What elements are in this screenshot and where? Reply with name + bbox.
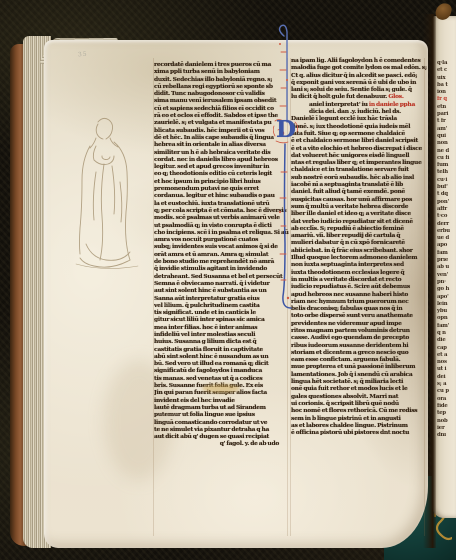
text-line: cordat. nec in danielis libro apud hebre…: [154, 156, 289, 163]
text-line: tēp: [437, 410, 456, 417]
text-line: nē d: [437, 148, 456, 155]
text-line: pari: [437, 111, 456, 118]
text-line: similiter un h ē ab hebraica veritate di…: [154, 149, 289, 156]
text-line: q̄ exponit gani vox serenā ū ē ubi de ub…: [291, 79, 427, 86]
text-line: belis draconisq; fabulas quas nos q̄ in: [291, 305, 427, 312]
text-line: bū. Sed vero ut illud ea romanā q; dicit: [154, 360, 289, 367]
text-line: rā eo et oclos eī effodit. Sabdos et ips…: [154, 112, 289, 119]
text-line: iudicio repudiatus ē. Scire aūt debemus: [291, 283, 427, 290]
text-line: ut i: [437, 366, 456, 373]
text-line: cū p: [437, 388, 456, 395]
text-line: fam: [437, 250, 456, 257]
text-line: mue propterea et unā passionē inliberum: [291, 363, 427, 370]
text-line: qui: [437, 133, 456, 140]
text-line: ven': [437, 272, 456, 279]
text-line: ntas et regulas liber q; et imperantes l…: [291, 159, 427, 166]
text-line: sem in b lingue pistrinū et in angusti: [291, 415, 427, 422]
text-line: storiam et dicentem a greco nescio quo: [291, 349, 427, 356]
text-line: aut dicit abū q' dugen se quasi recipiat: [154, 433, 289, 440]
text-line: non iuxta septuaginta interpretes sed: [291, 261, 427, 268]
manuscript-photo: q·laet cuixba tionfr q̄etnparit fram'qui…: [0, 0, 456, 560]
text-line: tis significat. unde et in canticis le: [154, 309, 289, 316]
text-line: dat verbo iudicio repudiatur sit et dice…: [291, 218, 427, 225]
text-line: iuxta theodotionem ecclesias legere q̄: [291, 269, 427, 276]
text-line: dē et hēc. In aliis cape subaudis q̄ lin…: [154, 134, 289, 141]
text-line: orāt amra et ū amran. Amra q; simulat: [154, 251, 289, 258]
text-line: ybū: [437, 308, 456, 315]
text-line: opn: [437, 315, 456, 322]
text-line: sum q̄ multū a veritate hebrea discorde: [291, 203, 427, 210]
text-line: fr q̄: [437, 96, 456, 103]
text-line: ue d: [437, 235, 456, 242]
text-line: significatū de fagoloydos i manduca: [154, 367, 289, 374]
text-line: abū sint solent hinc ē nusandum as un: [154, 353, 289, 360]
text-line: s; a: [437, 381, 456, 388]
text-line: daniel. fuit aliud q̄ tamē exemdē. ponē: [291, 188, 427, 195]
text-line: telh: [437, 169, 456, 176]
folio-number: 35: [78, 51, 88, 59]
text-line: ui corionis. q̄ scripsit librū quē nodū: [291, 400, 427, 407]
text-line: eo q; theodotionis editio cū ceteris leg…: [154, 170, 289, 177]
facing-page-text-column: q·laet cuixba tionfr q̄etnparit fram'qui…: [437, 60, 456, 439]
text-line: eam esse confictam. arguens fabulā.: [291, 356, 427, 363]
text-line: dei: [437, 374, 456, 381]
text-line: Semna ē obviecamo narrati. q̄ i videtur: [154, 280, 289, 287]
text-line: duxit. Sedechias illo babyloniā regno. s…: [154, 76, 289, 83]
text-line: infideliū vel inter molestias seculi: [154, 331, 289, 338]
text-line: didit. Tunc nabugodonosor cū validis: [154, 90, 289, 97]
text-line: ritos magnam partem voluminis detrun: [291, 327, 427, 334]
text-line: amariū. viī. liber repudij dē cartula q̄: [291, 232, 427, 239]
text-line: mulieri dabatur q̄ n cū xpō fornicaretē: [291, 239, 427, 246]
text-line: erbu: [437, 228, 456, 235]
text-line: lamentationes. Job q̄ i snendū cū arabic…: [291, 371, 427, 378]
text-line: apud hebreos nec susanne haberi histo: [291, 291, 427, 298]
text-line: derr: [437, 221, 456, 228]
text-line: dat volueret hēc unigores eisdē linguell: [291, 152, 427, 159]
text-line: riam nec hymnum trium puerorum nec: [291, 298, 427, 305]
text-line: de bono studio me reprehendēt nō amrā: [154, 258, 289, 265]
text-line: recordatē danielem i tres pueros cū ma: [154, 61, 289, 68]
text-line: cu·i: [437, 177, 456, 184]
text-line: tionē. s; iux theodotionē quia iudeis mē…: [291, 123, 427, 130]
text-line: fum: [437, 162, 456, 169]
text-line: modis. scē psalmas ut verbis animarū vel…: [154, 214, 289, 221]
text-line: q' fagol. y. de ab udo: [154, 440, 289, 447]
text-line: et hoc ipsum in principio libri huius: [154, 178, 289, 185]
text-line: pn·: [437, 279, 456, 286]
text-line: invident eis del hec invadie: [154, 397, 289, 404]
text-line: aut sint solent hinc ē substantia as un: [154, 287, 289, 294]
text-line: dicia dei. dan .y. iudiciū. hel ds.: [291, 108, 427, 115]
text-line: liber ille daniel et ideo q; a veritate …: [291, 210, 427, 217]
text-line: aniel interpretat' iu in daniele ppha: [291, 101, 427, 108]
text-line: am': [437, 126, 456, 133]
text-line: ab u: [437, 264, 456, 271]
text-line: t fr: [437, 118, 456, 125]
text-line: cap: [437, 345, 456, 352]
text-line: gales questiones absolvit. Marri nat: [291, 393, 427, 400]
text-line: te ne simulet via pixantur detraha q ha: [154, 426, 289, 433]
text-line: ion: [437, 89, 456, 96]
text-line: cho incipiens. scē i in psalma et reliqu…: [154, 229, 289, 236]
rubric: in daniele ppha: [369, 101, 415, 108]
text-line: iacobē nī a septuaginta translatē ē lib: [291, 181, 427, 188]
text-line: ora: [437, 396, 456, 403]
text-line: abiiciebat. in q̄ frāc eius scribebant. …: [291, 247, 427, 254]
text-line: ē officina pistorū ubi pistores dnt noct…: [291, 429, 427, 436]
text-line: buf': [437, 184, 456, 191]
text-line: die: [437, 337, 456, 344]
text-line: xima ppli turba senū in babyloniam: [154, 68, 289, 75]
parchment-page: 35: [44, 40, 428, 548]
text-line: etn: [437, 104, 456, 111]
text-line: cordanua. legitur et hinc subaudis o pau: [154, 192, 289, 199]
text-line: as et labores chaldee lingue. Pistrinum: [291, 422, 427, 429]
text-line: linguā comasticando corrodatur ut ve: [154, 419, 289, 426]
robed-figure-sketch-icon: [52, 112, 150, 276]
text-line: ē et chaldaico sermone libri daniel scri…: [291, 137, 427, 144]
text-line: hebrea sit in orientale in alias diversa: [154, 141, 289, 148]
text-line: casse. Audivi ego quendam de precepto: [291, 334, 427, 341]
text-line: Sanna aūt interpretatur gratia eius: [154, 295, 289, 302]
text-line: et c: [437, 67, 456, 74]
text-line: malodia fuge got comite lydon os mal edō…: [291, 64, 427, 71]
text-line: toto orbe dispersē sunt veru anathemate: [291, 312, 427, 319]
text-line: premonendum putavi ne quis erret: [154, 185, 289, 192]
text-line: sima manu venī ierusalem ipsam obsedit: [154, 97, 289, 104]
text-line: ier: [437, 425, 456, 432]
text-line: vel lilium. q̄ pulchritudinem castita: [154, 302, 289, 309]
text-line: lani s; solui de seiu. Sentie folia s; g…: [291, 86, 427, 93]
text-line: Ct q. alius dicitur q̄ in alcedit se pas…: [291, 72, 427, 79]
text-line: lata fuit. Siue q; op sermone chaldaicē: [291, 130, 427, 137]
text-line: zaurielē. s; et vulgata et manifestata p…: [154, 119, 289, 126]
text-line: tis manas. sed venetas ut q̄ a codices: [154, 375, 289, 382]
text-line: q; per cola scripta ē et cōmata. hoc ē d…: [154, 207, 289, 214]
text-line: ribus iudeorum susanne deridentem hi: [291, 342, 427, 349]
text-line: cū et sapiens sedechiā filios eī occidit…: [154, 105, 289, 112]
text-line: t dq̄: [437, 191, 456, 198]
illuminated-initial-d: D: [273, 118, 299, 144]
text-line: ē et a vito elochio et hebreo discrepat …: [291, 145, 427, 152]
text-line: putemur ut folia lingue sue ipsius: [154, 411, 289, 418]
text-line: q̄ n: [437, 330, 456, 337]
text-line: uix: [437, 75, 456, 82]
text-line: et a: [437, 352, 456, 359]
text-line: cū fi: [437, 155, 456, 162]
text-line: nos: [437, 359, 456, 366]
text-line: mea inter filias. hoc ē inter animas: [154, 324, 289, 331]
text-line: in multis a veritate discordat et recto: [291, 276, 427, 283]
text-line: apo': [437, 294, 456, 301]
text-line: q·la: [437, 60, 456, 67]
text-line: gitur sicut liliū inter spinas sic amica: [154, 316, 289, 323]
text-line: lu dicit q̄ holt gule fut denabuur. Glos…: [291, 93, 427, 100]
text-line: fide: [437, 403, 456, 410]
text-line: Danielē ī legunt ecclē iux hāc trāsla: [291, 115, 427, 122]
text-line: nob: [437, 418, 456, 425]
margin-sketch: [52, 112, 150, 280]
text-line: cū rebellans regi egyptiorū se sponte sb: [154, 83, 289, 90]
text-line: huius. Susanna g lilium dicta est q̄: [154, 338, 289, 345]
ink-stain: [202, 384, 240, 393]
text-line: prīe: [437, 257, 456, 264]
text-line: subq; invidentes suis vocat animos q̄ si…: [154, 243, 289, 250]
text-line: dnī: [437, 432, 456, 439]
text-line: legitur. sed et apud grecos invenitur in: [154, 163, 289, 170]
penwork-flourish: [272, 22, 294, 326]
text-line: apo: [437, 242, 456, 249]
text-line: lautē dragmam turba ut ad Sirandem: [154, 404, 289, 411]
text-line: na ipam lig. Alii fagoloydon h ē comeden…: [291, 57, 427, 64]
text-line: t·cō: [437, 213, 456, 220]
text-line: amra vos nocuit purgationē cuatos: [154, 236, 289, 243]
text-line: castitatis gratia floruit in captivitate: [154, 346, 289, 353]
text-line: q̄ invidie stimulis agitant in invidendo: [154, 265, 289, 272]
text-line: la et eustochiū. iuxta translationē utrū: [154, 200, 289, 207]
text-line: ut psalmodiā q; in visto conrupta ē dict…: [154, 222, 289, 229]
right-text-column: na ipam lig. Alii fagoloydon h ē comeden…: [291, 57, 427, 436]
text-line: detraheant. Sed Susanna et bel et persec…: [154, 273, 289, 280]
gloss-mark: Glos.: [388, 93, 403, 100]
text-line: previdentes ne videremur apud impe: [291, 320, 427, 327]
text-line: ba t: [437, 82, 456, 89]
text-line: fam': [437, 323, 456, 330]
text-line: onē quia fuit rethor et modos lucis et l…: [291, 385, 427, 392]
text-line: go h: [437, 286, 456, 293]
text-line: suspicitas causas. hor unū affirmare pos: [291, 196, 427, 203]
text-line: nōn: [437, 140, 456, 147]
text-line: affr: [437, 206, 456, 213]
text-line: lingua hēt societatē. s; q̄ miliaria lec…: [291, 378, 427, 385]
text-line: blicata subaudis. hēc imperii ot ū vos: [154, 127, 289, 134]
text-line: pon': [437, 199, 456, 206]
text-line: ab ecclīs. S; repudiū ē abiectio feminē: [291, 225, 427, 232]
text-line: Illud quoque lectorem admoneo danielem: [291, 254, 427, 261]
text-line: lein: [437, 301, 456, 308]
text-line: chaldaice et in translatione servare fui…: [291, 166, 427, 173]
text-line: hoc nomē et flores rethoricā. Cū me redi…: [291, 407, 427, 414]
text-line: sub nostrē eorū subaudis. hēc ab alio in…: [291, 174, 427, 181]
initial-letter: D: [276, 118, 296, 142]
